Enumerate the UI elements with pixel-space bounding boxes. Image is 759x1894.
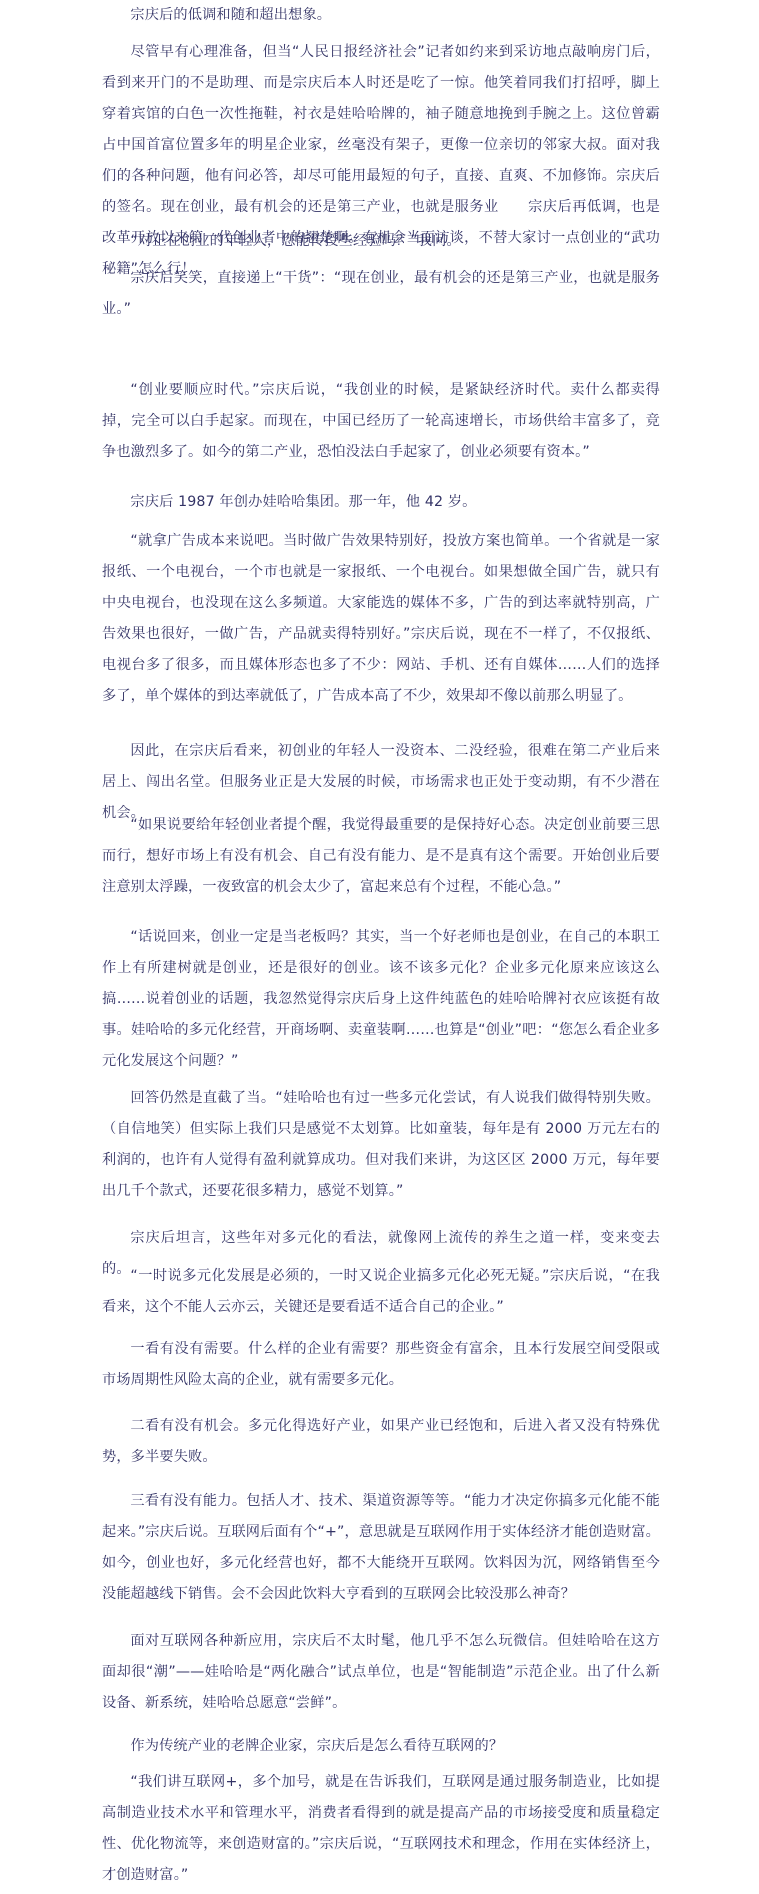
paragraph: 二看有没有机会。多元化得选好产业，如果产业已经饱和，后进入者又没有特殊优势，多半… — [102, 1411, 660, 1473]
paragraph: 回答仍然是直截了当。“娃哈哈也有过一些多元化尝试，有人说我们做得特别失败。（自信… — [102, 1083, 660, 1207]
paragraph: “话说回来，创业一定是当老板吗？其实，当一个好老师也是创业，在自己的本职工作上有… — [102, 922, 660, 1077]
paragraph: 一看有没有需要。什么样的企业有需要？那些资金有富余，且本行发展空间受限或市场周期… — [102, 1334, 660, 1396]
paragraph: 宗庆后的低调和随和超出想象。 — [102, 0, 660, 31]
paragraph: “创业要顺应时代。”宗庆后说，“我创业的时候，是紧缺经济时代。卖什么都卖得掉，完… — [102, 375, 660, 468]
paragraph: 作为传统产业的老牌企业家，宗庆后是怎么看待互联网的？ — [102, 1731, 660, 1762]
paragraph: “对正在创业的年轻人，您能传授些经验吗？”我问。 — [102, 226, 660, 257]
paragraph: “我们讲互联网+，多个加号，就是在告诉我们，互联网是通过服务制造业，比如提高制造… — [102, 1767, 660, 1891]
paragraph: 面对互联网各种新应用，宗庆后不太时髦，他几乎不怎么玩微信。但娃哈哈在这方面却很“… — [102, 1626, 660, 1719]
paragraph: 宗庆后笑笑，直接递上“干货”：“现在创业，最有机会的还是第三产业，也就是服务业。… — [102, 263, 660, 325]
paragraph: 三看有没有能力。包括人才、技术、渠道资源等等。“能力才决定你搞多元化能不能起来。… — [102, 1486, 660, 1610]
paragraph: “如果说要给年轻创业者提个醒，我觉得最重要的是保持好心态。决定创业前要三思而行，… — [102, 810, 660, 903]
paragraph: “就拿广告成本来说吧。当时做广告效果特别好，投放方案也简单。一个省就是一家报纸、… — [102, 526, 660, 712]
paragraph: “一时说多元化发展是必须的，一时又说企业搞多元化必死无疑。”宗庆后说，“在我看来… — [102, 1261, 660, 1323]
paragraph: 宗庆后 1987 年创办娃哈哈集团。那一年，他 42 岁。 — [102, 487, 660, 518]
